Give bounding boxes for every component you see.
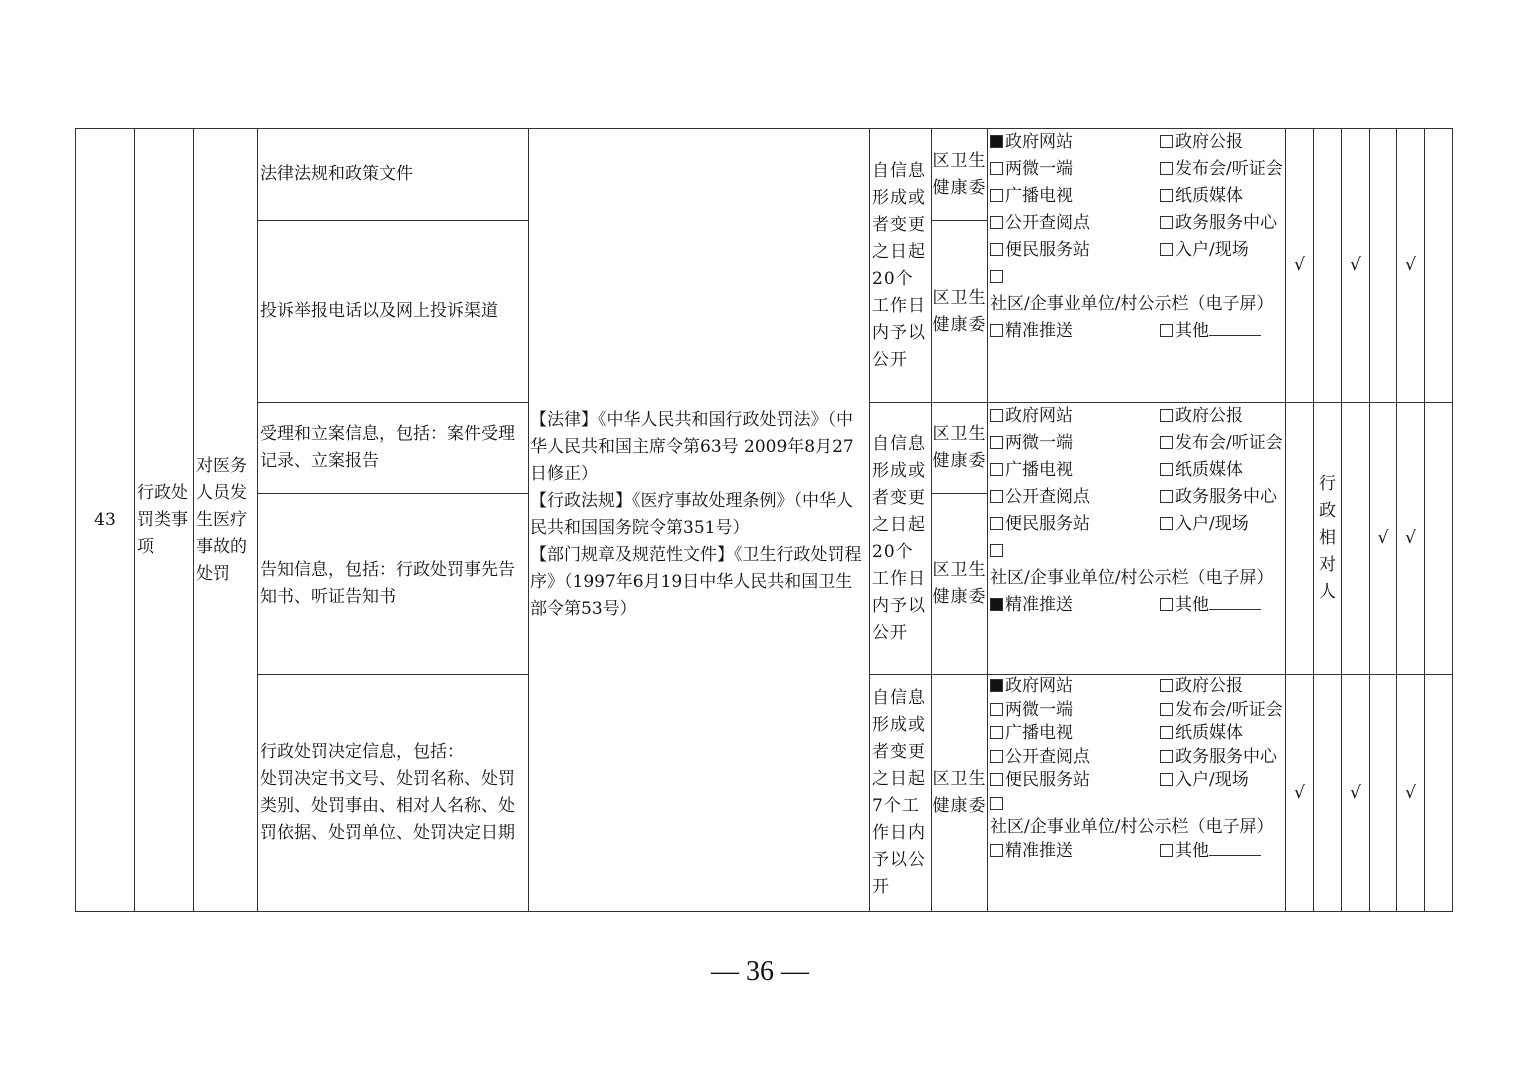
unchecked-box-icon[interactable] — [1160, 679, 1173, 692]
basis-cell: 【法律】《中华人民共和国行政处罚法》（中华人民共和国主席令第63号 2009年8… — [529, 129, 870, 912]
unchecked-box-icon[interactable] — [990, 797, 1003, 810]
mark-cell — [1342, 403, 1370, 675]
channel-option[interactable]: 精准推送 — [990, 840, 1160, 864]
channel-label: 入户/现场 — [1175, 770, 1249, 790]
channel-option[interactable]: 公开查阅点 — [990, 484, 1160, 511]
channel-label: 政务服务中心 — [1175, 487, 1277, 507]
channel-label: 精准推送 — [1005, 841, 1073, 861]
channel-label: 两微一端 — [1005, 159, 1073, 179]
content-cell: 投诉举报电话以及网上投诉渠道 — [258, 221, 529, 403]
channel-option[interactable]: 纸质媒体 — [1160, 183, 1283, 210]
channel-option[interactable]: 发布会/听证会 — [1160, 156, 1283, 183]
channel-option[interactable]: 便民服务站 — [990, 237, 1160, 264]
channel-label: 发布会/听证会 — [1175, 159, 1283, 179]
checked-box-icon[interactable] — [990, 679, 1003, 692]
channel-option[interactable]: 两微一端 — [990, 156, 1160, 183]
mark-cell: √ — [1342, 129, 1370, 403]
mark-cell — [1370, 675, 1397, 912]
unchecked-box-icon[interactable] — [1160, 490, 1173, 503]
channel-label: 社区/企事业单位/村公示栏（电子屏） — [990, 568, 1273, 588]
channel-list: 政府网站政府公报两微一端发布会/听证会广播电视纸质媒体公开查阅点政务服务中心便民… — [990, 129, 1283, 345]
channel-label: 便民服务站 — [1005, 770, 1090, 790]
unchecked-box-icon[interactable] — [990, 773, 1003, 786]
unchecked-box-icon[interactable] — [990, 189, 1003, 202]
basis-law: 【法律】《中华人民共和国行政处罚法》（中华人民共和国主席令第63号 2009年8… — [530, 407, 868, 488]
mark-cell: √ — [1397, 129, 1425, 403]
content-cell: 受理和立案信息，包括：案件受理记录、立案报告 — [258, 403, 529, 494]
channel-option[interactable]: 精准推送 — [990, 592, 1160, 619]
unchecked-box-icon[interactable] — [1160, 598, 1173, 611]
department-cell: 区卫生健康委 — [932, 221, 988, 403]
unchecked-box-icon[interactable] — [990, 216, 1003, 229]
unchecked-box-icon[interactable] — [1160, 773, 1173, 786]
department-cell: 区卫生健康委 — [932, 675, 988, 912]
channel-label: 政务服务中心 — [1175, 747, 1277, 767]
channel-label: 精准推送 — [1005, 595, 1073, 615]
channel-label: 政府公报 — [1175, 406, 1243, 426]
channel-option[interactable]: 政务服务中心 — [1160, 484, 1283, 511]
checked-box-icon[interactable] — [990, 598, 1003, 611]
disclosure-table: 43 行政处罚类事项 对医务人员发生医疗事故的处罚 法律法规和政策文件 【法律】… — [75, 128, 1453, 912]
channel-option[interactable]: 纸质媒体 — [1160, 457, 1283, 484]
channel-label: 其他 — [1175, 595, 1209, 615]
channel-option[interactable]: 精准推送 — [990, 318, 1160, 345]
channel-option[interactable]: 广播电视 — [990, 722, 1160, 746]
channel-option[interactable]: 广播电视 — [990, 183, 1160, 210]
channel-label: 政府网站 — [1005, 132, 1073, 152]
unchecked-box-icon[interactable] — [1160, 726, 1173, 739]
fill-in-blank — [1209, 595, 1261, 610]
channel-label: 便民服务站 — [1005, 240, 1090, 260]
channel-label: 广播电视 — [1005, 186, 1073, 206]
channel-label: 纸质媒体 — [1175, 460, 1243, 480]
unchecked-box-icon[interactable] — [990, 544, 1003, 557]
mark-cell — [1314, 675, 1342, 912]
unchecked-box-icon[interactable] — [1160, 463, 1173, 476]
unchecked-box-icon[interactable] — [1160, 409, 1173, 422]
channel-option[interactable]: 政府公报 — [1160, 129, 1283, 156]
unchecked-box-icon[interactable] — [1160, 243, 1173, 256]
channels-cell: 政府网站政府公报两微一端发布会/听证会广播电视纸质媒体公开查阅点政务服务中心便民… — [988, 675, 1286, 912]
channel-label: 便民服务站 — [1005, 514, 1090, 534]
channel-label: 其他 — [1175, 321, 1209, 341]
channel-option[interactable]: 公开查阅点 — [990, 746, 1160, 770]
mark-cell: √ — [1397, 675, 1425, 912]
basis-rule: 【部门规章及规范性文件】《卫生行政处罚程序》（1997年6月19日中华人民共和国… — [530, 542, 868, 623]
fill-in-blank — [1209, 841, 1261, 856]
channel-option[interactable]: 两微一端 — [990, 430, 1160, 457]
content-cell: 告知信息，包括：行政处罚事先告知书、听证告知书 — [258, 494, 529, 675]
channel-label: 政府网站 — [1005, 406, 1073, 426]
channel-label: 入户/现场 — [1175, 514, 1249, 534]
unchecked-box-icon[interactable] — [1160, 189, 1173, 202]
channel-list: 政府网站政府公报两微一端发布会/听证会广播电视纸质媒体公开查阅点政务服务中心便民… — [990, 675, 1283, 863]
channel-option[interactable]: 政务服务中心 — [1160, 746, 1283, 770]
channel-label: 入户/现场 — [1175, 240, 1249, 260]
channel-option[interactable]: 政府网站 — [990, 129, 1160, 156]
channel-option[interactable]: 政府网站 — [990, 675, 1160, 699]
unchecked-box-icon[interactable] — [1160, 324, 1173, 337]
channel-label: 两微一端 — [1005, 433, 1073, 453]
timing-cell: 自信息形成或者变更之日起20个工作日内予以公开 — [870, 129, 932, 403]
channel-option[interactable]: 社区/企事业单位/村公示栏（电子屏） — [990, 538, 1283, 592]
page-number: — 36 — — [0, 956, 1520, 988]
unchecked-box-icon[interactable] — [990, 463, 1003, 476]
basis-regulation: 【行政法规】《医疗事故处理条例》（中华人民共和国国务院令第351号） — [530, 488, 868, 542]
channel-option[interactable]: 政府网站 — [990, 403, 1160, 430]
mark-cell — [1425, 403, 1453, 675]
channel-label: 其他 — [1175, 841, 1209, 861]
unchecked-box-icon[interactable] — [990, 517, 1003, 530]
unchecked-box-icon[interactable] — [990, 436, 1003, 449]
mark-cell: √ — [1342, 675, 1370, 912]
channels-cell: 政府网站政府公报两微一端发布会/听证会广播电视纸质媒体公开查阅点政务服务中心便民… — [988, 129, 1286, 403]
unchecked-box-icon[interactable] — [990, 324, 1003, 337]
channel-label: 政府公报 — [1175, 676, 1243, 696]
channel-option[interactable]: 公开查阅点 — [990, 210, 1160, 237]
department-cell: 区卫生健康委 — [932, 403, 988, 494]
channel-label: 发布会/听证会 — [1175, 433, 1283, 453]
unchecked-box-icon[interactable] — [990, 243, 1003, 256]
channel-label: 公开查阅点 — [1005, 747, 1090, 767]
mark-cell: √ — [1286, 675, 1314, 912]
unchecked-box-icon[interactable] — [990, 750, 1003, 763]
channel-option[interactable]: 便民服务站 — [990, 511, 1160, 538]
unchecked-box-icon[interactable] — [990, 270, 1003, 283]
channel-list: 政府网站政府公报两微一端发布会/听证会广播电视纸质媒体公开查阅点政务服务中心便民… — [990, 403, 1283, 619]
unchecked-box-icon[interactable] — [1160, 162, 1173, 175]
channel-option[interactable]: 入户/现场 — [1160, 511, 1283, 538]
mark-cell: √ — [1397, 403, 1425, 675]
channel-label: 纸质媒体 — [1175, 186, 1243, 206]
unchecked-box-icon[interactable] — [990, 409, 1003, 422]
unchecked-box-icon[interactable] — [990, 703, 1003, 716]
unchecked-box-icon[interactable] — [1160, 517, 1173, 530]
channel-label: 广播电视 — [1005, 723, 1073, 743]
mark-cell — [1314, 129, 1342, 403]
mark-cell: √ — [1286, 129, 1314, 403]
channel-option[interactable]: 社区/企事业单位/村公示栏（电子屏） — [990, 264, 1283, 318]
channel-option[interactable]: 入户/现场 — [1160, 237, 1283, 264]
unchecked-box-icon[interactable] — [1160, 436, 1173, 449]
department-cell: 区卫生健康委 — [932, 129, 988, 221]
timing-cell: 自信息形成或者变更之日起7个工作日内予以公开 — [870, 675, 932, 912]
mark-cell: √ — [1370, 403, 1397, 675]
channel-label: 精准推送 — [1005, 321, 1073, 341]
channel-option[interactable]: 发布会/听证会 — [1160, 699, 1283, 723]
channel-option[interactable]: 其他 — [1160, 840, 1283, 864]
unchecked-box-icon[interactable] — [990, 726, 1003, 739]
unchecked-box-icon[interactable] — [990, 490, 1003, 503]
channels-cell: 政府网站政府公报两微一端发布会/听证会广播电视纸质媒体公开查阅点政务服务中心便民… — [988, 403, 1286, 675]
channel-label: 公开查阅点 — [1005, 487, 1090, 507]
row-number-cell: 43 — [76, 129, 135, 912]
channel-option[interactable]: 政府公报 — [1160, 675, 1283, 699]
channel-option[interactable]: 广播电视 — [990, 457, 1160, 484]
channel-label: 广播电视 — [1005, 460, 1073, 480]
content-cell: 法律法规和政策文件 — [258, 129, 529, 221]
channel-option[interactable]: 发布会/听证会 — [1160, 430, 1283, 457]
channel-option[interactable]: 两微一端 — [990, 699, 1160, 723]
channel-option[interactable]: 政务服务中心 — [1160, 210, 1283, 237]
mark-cell — [1425, 129, 1453, 403]
unchecked-box-icon[interactable] — [1160, 216, 1173, 229]
channel-label: 纸质媒体 — [1175, 723, 1243, 743]
mark-cell — [1286, 403, 1314, 675]
channel-option[interactable]: 其他 — [1160, 318, 1283, 345]
content-cell: 行政处罚决定信息，包括： 处罚决定书文号、处罚名称、处罚类别、处罚事由、相对人名… — [258, 675, 529, 912]
unchecked-box-icon[interactable] — [990, 844, 1003, 857]
department-cell: 区卫生健康委 — [932, 494, 988, 675]
unchecked-box-icon[interactable] — [990, 162, 1003, 175]
channel-label: 社区/企事业单位/村公示栏（电子屏） — [990, 294, 1273, 314]
channel-label: 政府公报 — [1175, 132, 1243, 152]
channel-label: 社区/企事业单位/村公示栏（电子屏） — [990, 817, 1273, 837]
unchecked-box-icon[interactable] — [1160, 844, 1173, 857]
channel-option[interactable]: 便民服务站 — [990, 769, 1160, 793]
item-cell: 对医务人员发生医疗事故的处罚 — [194, 129, 258, 912]
channel-label: 公开查阅点 — [1005, 213, 1090, 233]
timing-cell: 自信息形成或者变更之日起20个工作日内予以公开 — [870, 403, 932, 675]
mark-cell-relative-party: 行政相对人 — [1314, 403, 1342, 675]
channel-option[interactable]: 入户/现场 — [1160, 769, 1283, 793]
channel-label: 两微一端 — [1005, 700, 1073, 720]
channel-label: 发布会/听证会 — [1175, 700, 1283, 720]
unchecked-box-icon[interactable] — [1160, 750, 1173, 763]
channel-option[interactable]: 其他 — [1160, 592, 1283, 619]
unchecked-box-icon[interactable] — [1160, 703, 1173, 716]
channel-option[interactable]: 纸质媒体 — [1160, 722, 1283, 746]
mark-cell — [1370, 129, 1397, 403]
channel-option[interactable]: 政府公报 — [1160, 403, 1283, 430]
unchecked-box-icon[interactable] — [1160, 135, 1173, 148]
fill-in-blank — [1209, 321, 1261, 336]
channel-label: 政务服务中心 — [1175, 213, 1277, 233]
checked-box-icon[interactable] — [990, 135, 1003, 148]
category-cell: 行政处罚类事项 — [135, 129, 194, 912]
channel-option[interactable]: 社区/企事业单位/村公示栏（电子屏） — [990, 793, 1283, 840]
channel-label: 政府网站 — [1005, 676, 1073, 696]
document-page: 43 行政处罚类事项 对医务人员发生医疗事故的处罚 法律法规和政策文件 【法律】… — [0, 0, 1520, 1074]
mark-cell — [1425, 675, 1453, 912]
